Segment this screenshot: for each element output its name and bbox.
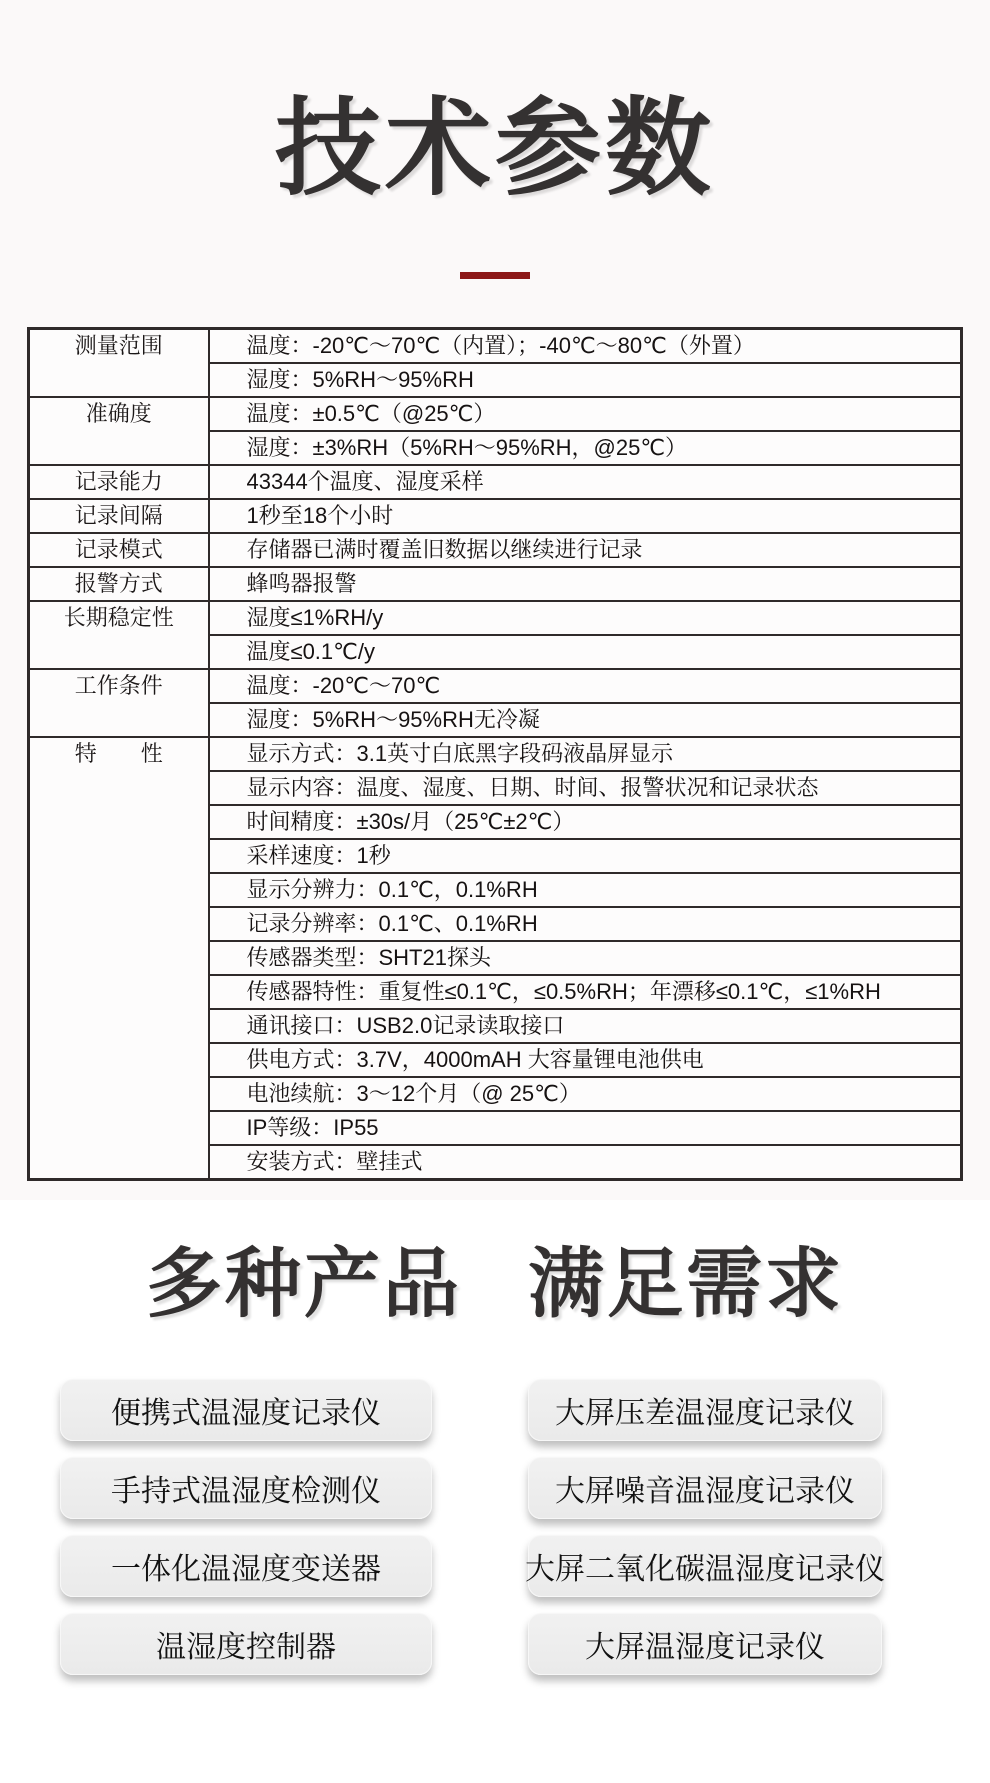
- spec-row: 报警方式 蜂鸣器报警: [29, 567, 962, 601]
- spec-label: 工作条件: [29, 669, 209, 737]
- spec-value: 显示方式：3.1英寸白底黑字段码液晶屏显示: [209, 737, 962, 771]
- title-divider: [460, 272, 530, 279]
- spec-value: 43344个温度、湿度采样: [209, 465, 962, 499]
- spec-value: 采样速度：1秒: [209, 839, 962, 873]
- products-title: 多种产品 满足需求: [0, 1200, 990, 1324]
- product-button-bigscreen-logger[interactable]: 大屏温湿度记录仪: [528, 1613, 882, 1675]
- spec-row: 记录能力 43344个温度、湿度采样: [29, 465, 962, 499]
- spec-label: 报警方式: [29, 567, 209, 601]
- spec-label: 记录能力: [29, 465, 209, 499]
- spec-row: 记录模式 存储器已满时覆盖旧数据以继续进行记录: [29, 533, 962, 567]
- product-button-bigscreen-co2-logger[interactable]: 大屏二氧化碳温湿度记录仪: [528, 1535, 882, 1597]
- spec-value: 传感器类型：SHT21探头: [209, 941, 962, 975]
- products-title-left: 多种产品: [146, 1246, 462, 1324]
- products-section: 多种产品 满足需求 便携式温湿度记录仪 手持式温湿度检测仪 一体化温湿度变送器 …: [0, 1200, 990, 1783]
- spec-value: 湿度≤1%RH/y: [209, 601, 962, 635]
- spec-value: 传感器特性：重复性≤0.1℃，≤0.5%RH；年漂移≤0.1℃，≤1%RH: [209, 975, 962, 1009]
- spec-value: 安装方式：壁挂式: [209, 1145, 962, 1180]
- spec-table: 测量范围 温度：-20℃～70℃（内置）；-40℃～80℃（外置） 湿度：5%R…: [27, 327, 963, 1181]
- product-button-portable-logger[interactable]: 便携式温湿度记录仪: [60, 1379, 432, 1441]
- product-button-handheld-detector[interactable]: 手持式温湿度检测仪: [60, 1457, 432, 1519]
- product-column-right: 大屏压差温湿度记录仪 大屏噪音温湿度记录仪 大屏二氧化碳温湿度记录仪 大屏温湿度…: [528, 1379, 882, 1675]
- spec-label: 准确度: [29, 397, 209, 465]
- product-button-controller[interactable]: 温湿度控制器: [60, 1613, 432, 1675]
- spec-value: 温度：±0.5℃（@25℃）: [209, 397, 962, 431]
- spec-row: 工作条件 温度：-20℃～70℃: [29, 669, 962, 703]
- spec-value: 湿度：5%RH～95%RH: [209, 363, 962, 397]
- spec-value: 电池续航：3～12个月（@ 25℃）: [209, 1077, 962, 1111]
- spec-label: 长期稳定性: [29, 601, 209, 669]
- spec-row: 准确度 温度：±0.5℃（@25℃）: [29, 397, 962, 431]
- spec-value: 显示内容：温度、湿度、日期、时间、报警状况和记录状态: [209, 771, 962, 805]
- spec-value: 显示分辨力：0.1℃，0.1%RH: [209, 873, 962, 907]
- spec-row: 特 性 显示方式：3.1英寸白底黑字段码液晶屏显示: [29, 737, 962, 771]
- spec-label: 记录模式: [29, 533, 209, 567]
- spec-row: 测量范围 温度：-20℃～70℃（内置）；-40℃～80℃（外置）: [29, 329, 962, 364]
- spec-value: 通讯接口：USB2.0记录读取接口: [209, 1009, 962, 1043]
- spec-value: 温度：-20℃～70℃（内置）；-40℃～80℃（外置）: [209, 329, 962, 364]
- products-title-right: 满足需求: [528, 1246, 844, 1324]
- spec-value: 时间精度：±30s/月（25℃±2℃）: [209, 805, 962, 839]
- product-button-bigscreen-pressure-logger[interactable]: 大屏压差温湿度记录仪: [528, 1379, 882, 1441]
- spec-label: 记录间隔: [29, 499, 209, 533]
- spec-row: 长期稳定性 湿度≤1%RH/y: [29, 601, 962, 635]
- spec-value: IP等级：IP55: [209, 1111, 962, 1145]
- spec-value: 湿度：5%RH～95%RH无冷凝: [209, 703, 962, 737]
- spec-label: 特 性: [29, 737, 209, 1180]
- product-button-integrated-transmitter[interactable]: 一体化温湿度变送器: [60, 1535, 432, 1597]
- page-title: 技术参数: [0, 0, 990, 206]
- spec-value: 记录分辨率：0.1℃、0.1%RH: [209, 907, 962, 941]
- product-button-bigscreen-noise-logger[interactable]: 大屏噪音温湿度记录仪: [528, 1457, 882, 1519]
- spec-value: 蜂鸣器报警: [209, 567, 962, 601]
- spec-value: 存储器已满时覆盖旧数据以继续进行记录: [209, 533, 962, 567]
- product-column-left: 便携式温湿度记录仪 手持式温湿度检测仪 一体化温湿度变送器 温湿度控制器: [60, 1379, 432, 1675]
- spec-label: 测量范围: [29, 329, 209, 398]
- spec-value: 温度≤0.1℃/y: [209, 635, 962, 669]
- page: 技术参数 测量范围 温度：-20℃～70℃（内置）；-40℃～80℃（外置） 湿…: [0, 0, 990, 1783]
- spec-value: 湿度：±3%RH（5%RH～95%RH，@25℃）: [209, 431, 962, 465]
- spec-row: 记录间隔 1秒至18个小时: [29, 499, 962, 533]
- product-grid: 便携式温湿度记录仪 手持式温湿度检测仪 一体化温湿度变送器 温湿度控制器 大屏压…: [60, 1379, 990, 1675]
- spec-section: 技术参数 测量范围 温度：-20℃～70℃（内置）；-40℃～80℃（外置） 湿…: [0, 0, 990, 1200]
- spec-value: 温度：-20℃～70℃: [209, 669, 962, 703]
- spec-value: 1秒至18个小时: [209, 499, 962, 533]
- spec-value: 供电方式：3.7V，4000mAH 大容量锂电池供电: [209, 1043, 962, 1077]
